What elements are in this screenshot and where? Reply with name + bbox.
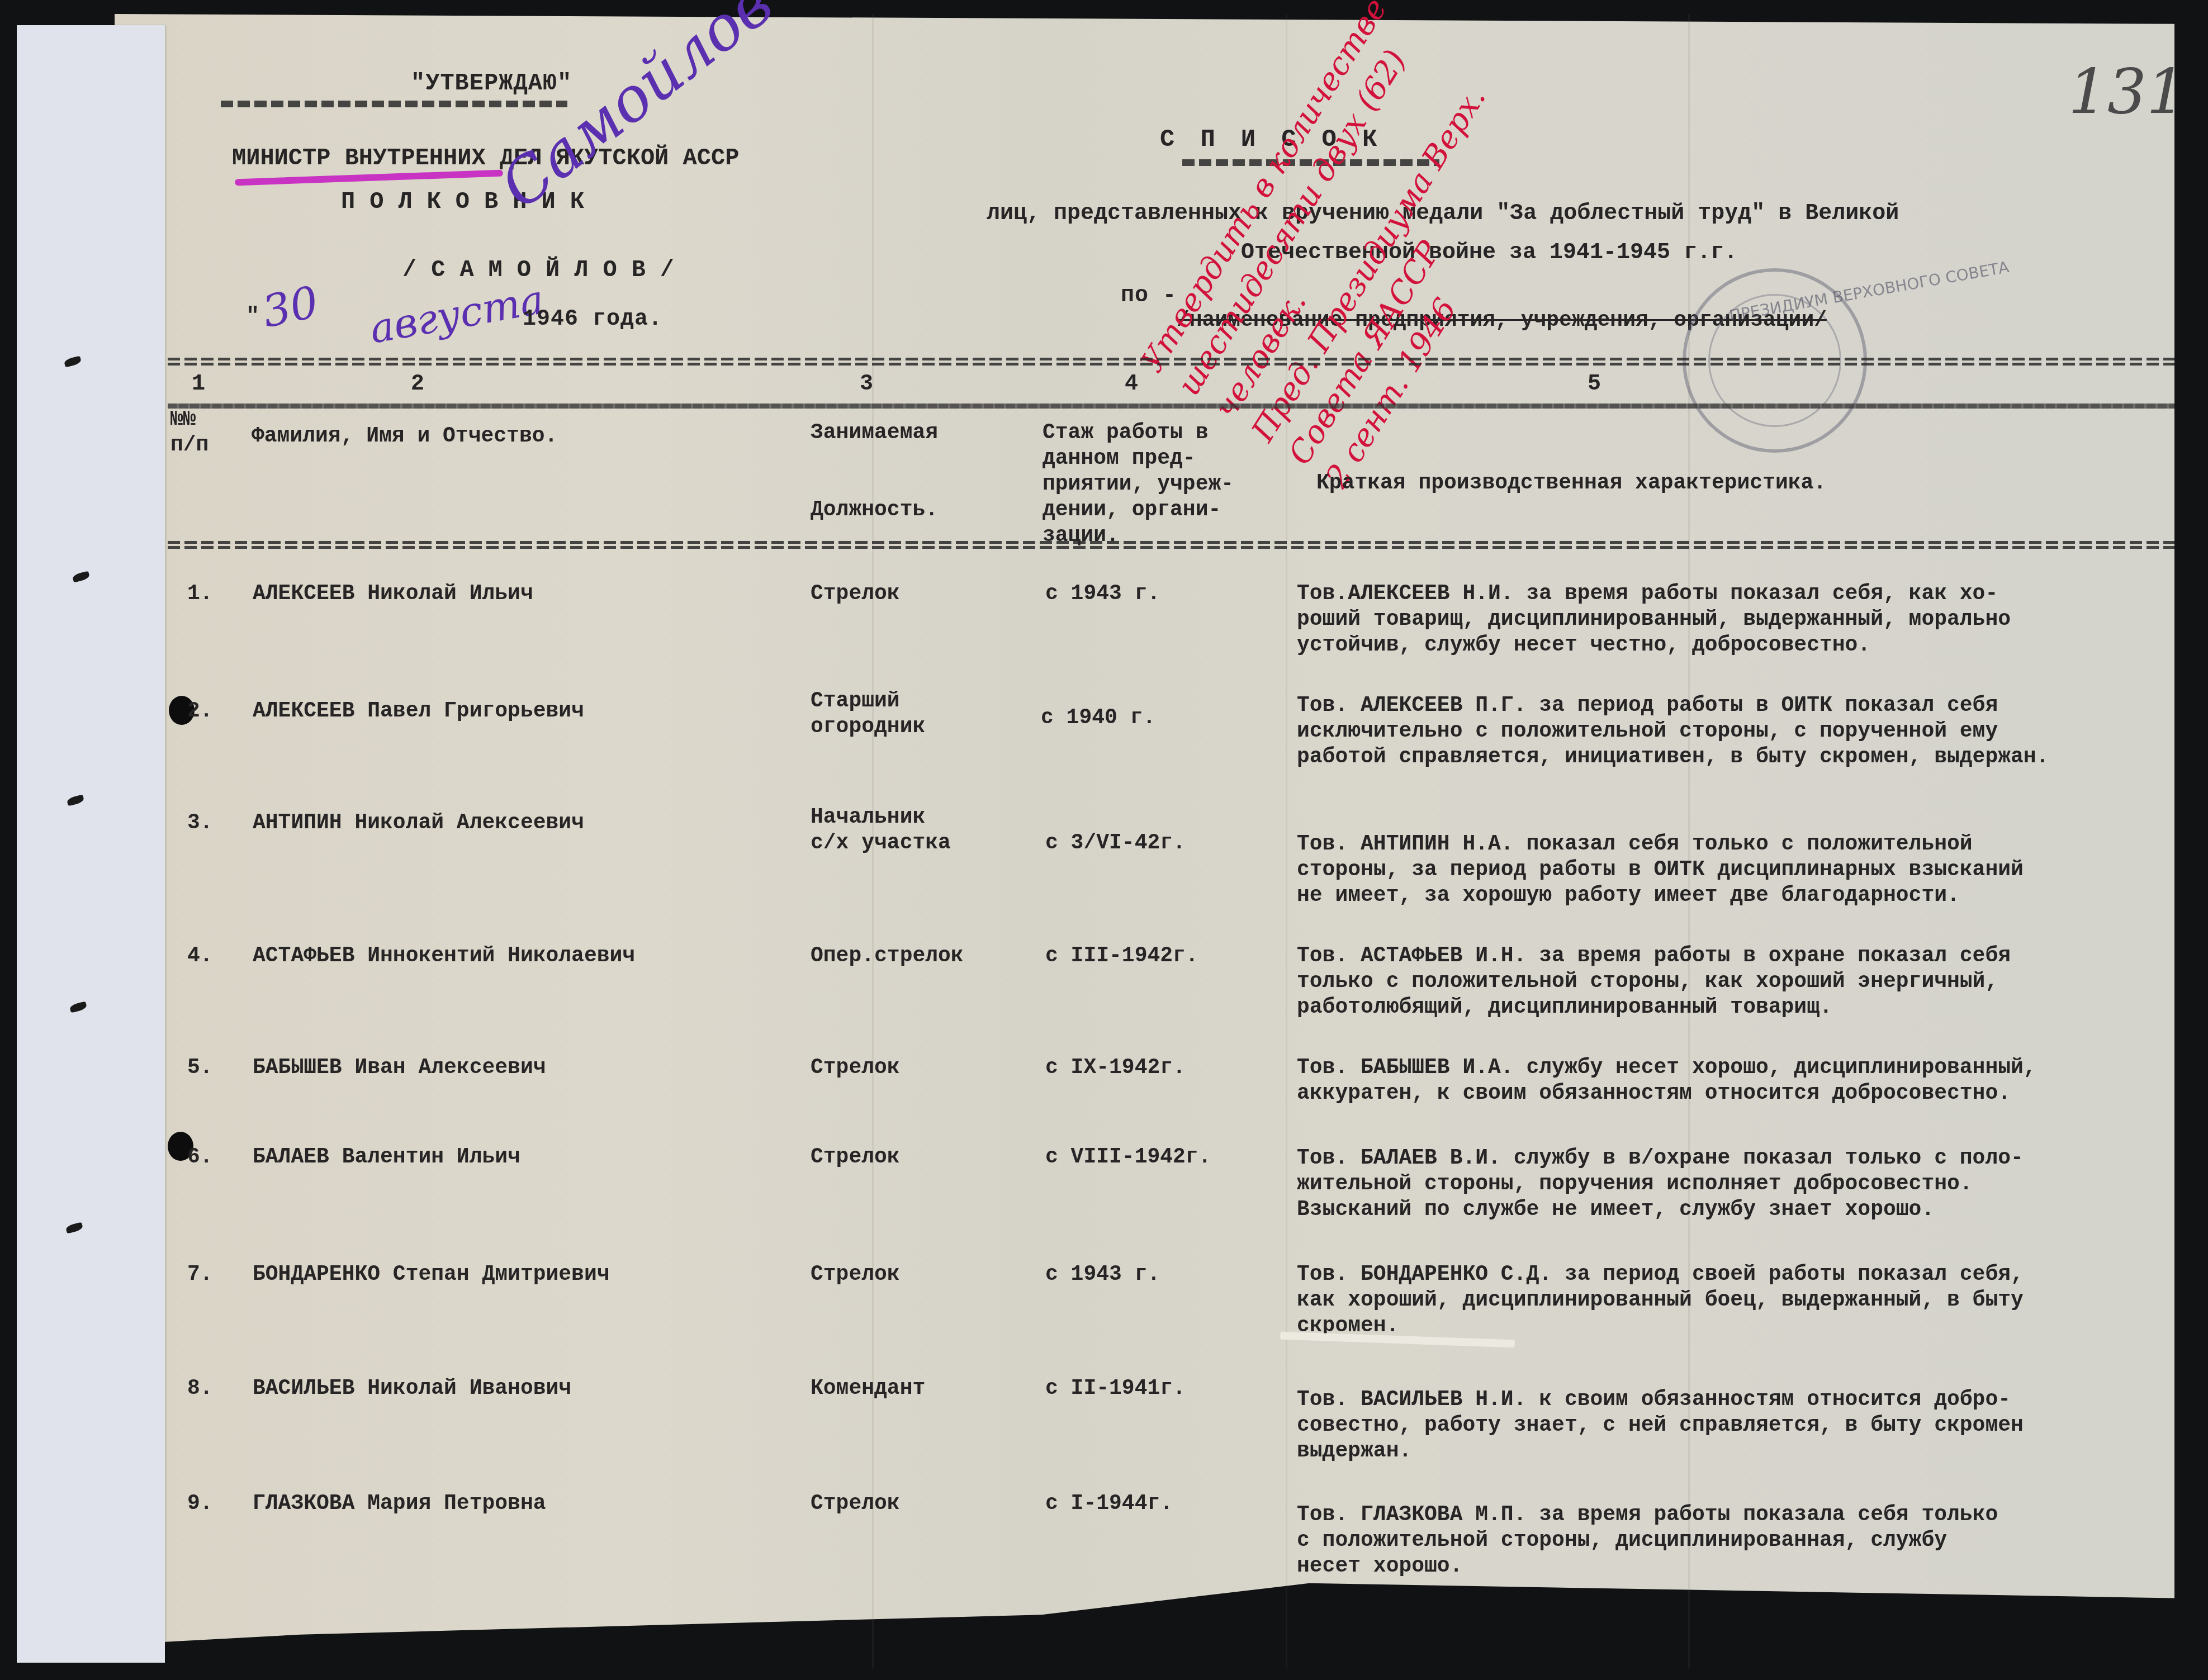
approval-signatory: /САМОЙЛОВ/ (402, 258, 689, 282)
column-number-4: 4 (1125, 373, 1139, 396)
row-num: 2. (187, 699, 213, 724)
approval-heading: "УТВЕРЖДАЮ" (411, 72, 572, 95)
row-num: 3. (187, 810, 213, 836)
row-name: БАЛАЕВ Валентин Ильич (253, 1145, 520, 1170)
header-name: Фамилия, Имя и Отчество. (252, 424, 557, 449)
row-tenure: с 3/VI-42г. (1045, 830, 1186, 856)
row-characteristic: Тов. ВАСИЛЬЕВ Н.И. к своим обязанностям … (1297, 1387, 2169, 1464)
page-number: 131 (2068, 56, 2186, 127)
row-position: Комендант (811, 1376, 925, 1402)
row-name: АЛЕКСЕЕВ Николай Ильич (253, 581, 533, 607)
row-num: 9. (187, 1491, 213, 1517)
row-tenure: с 1943 г. (1045, 581, 1160, 607)
header-position: Занимаемая Должность. (811, 420, 938, 523)
column-number-1: 1 (192, 373, 206, 396)
date-year: 1946 года. (523, 309, 662, 331)
row-num: 6. (187, 1145, 213, 1170)
row-characteristic: Тов. АЛЕКСЕЕВ П.Г. за период работы в ОИ… (1297, 693, 2169, 770)
row-position: Стрелок (811, 1145, 900, 1170)
row-characteristic: Тов. АСТАФЬЕВ И.Н. за время работы в охр… (1297, 943, 2169, 1021)
rule (221, 101, 567, 107)
column-number-5: 5 (1588, 373, 1601, 396)
row-name: ГЛАЗКОВА Мария Петровна (253, 1491, 546, 1517)
row-tenure: с 1943 г. (1045, 1262, 1160, 1288)
date-quote: " (246, 306, 260, 329)
column-number-3: 3 (860, 373, 874, 396)
table-rule-top (168, 358, 2174, 366)
row-characteristic: Тов. БОНДАРЕНКО С.Д. за период своей раб… (1297, 1262, 2169, 1339)
row-num: 1. (187, 581, 213, 607)
approval-title: МИНИСТР ВНУТРЕННИХ ДЕЛ ЯКУТСКОЙ АССР (232, 146, 739, 170)
row-tenure: с III-1942г. (1045, 943, 1198, 969)
row-position: Стрелок (811, 1491, 900, 1517)
table-rule-mid (168, 404, 2174, 409)
row-characteristic: Тов. БАБЫШЕВ И.А. службу несет хорошо, д… (1297, 1055, 2169, 1107)
row-position: Старший огородник (811, 689, 925, 740)
row-position: Стрелок (811, 581, 900, 607)
row-name: БОНДАРЕНКО Степан Дмитриевич (253, 1262, 610, 1288)
row-tenure: с II-1941г. (1045, 1376, 1186, 1402)
row-position: Начальник с/х участка (811, 805, 951, 856)
row-position: Опер.стрелок (811, 943, 964, 969)
column-number-2: 2 (411, 373, 425, 396)
row-position: Стрелок (811, 1055, 900, 1081)
row-characteristic: Тов.АЛЕКСЕЕВ Н.И. за время работы показа… (1297, 581, 2169, 658)
header-characteristic: Краткая производственная характеристика. (1316, 471, 1826, 496)
binding-strip (17, 25, 165, 1663)
row-characteristic: Тов. БАЛАЕВ В.И. службу в в/охране показ… (1297, 1146, 2169, 1223)
row-num: 5. (187, 1055, 213, 1081)
row-tenure: с I-1944г. (1045, 1491, 1173, 1517)
row-name: АЛЕКСЕЕВ Павел Григорьевич (253, 699, 584, 724)
row-num: 7. (187, 1262, 213, 1288)
row-num: 4. (187, 943, 213, 969)
row-name: АНТИПИН Николай Алексеевич (253, 810, 584, 836)
row-name: ВАСИЛЬЕВ Николай Иванович (253, 1376, 571, 1402)
row-position: Стрелок (811, 1262, 900, 1288)
row-tenure: с 1940 г. (1041, 705, 1155, 731)
header-tenure: Стаж работы в данном пред- приятии, учре… (1043, 420, 1234, 549)
row-tenure: с VIII-1942г. (1045, 1145, 1211, 1170)
row-name: АСТАФЬЕВ Иннокентий Николаевич (253, 943, 635, 969)
row-name: БАБЫШЕВ Иван Алексеевич (253, 1055, 546, 1081)
row-num: 8. (187, 1376, 213, 1402)
row-characteristic: Тов. АНТИПИН Н.А. показал себя только с … (1297, 832, 2169, 909)
row-characteristic: Тов. ГЛАЗКОВА М.П. за время работы показ… (1297, 1502, 2169, 1579)
row-tenure: с IX-1942г. (1045, 1055, 1186, 1081)
header-num: №№ п/п (170, 407, 209, 458)
